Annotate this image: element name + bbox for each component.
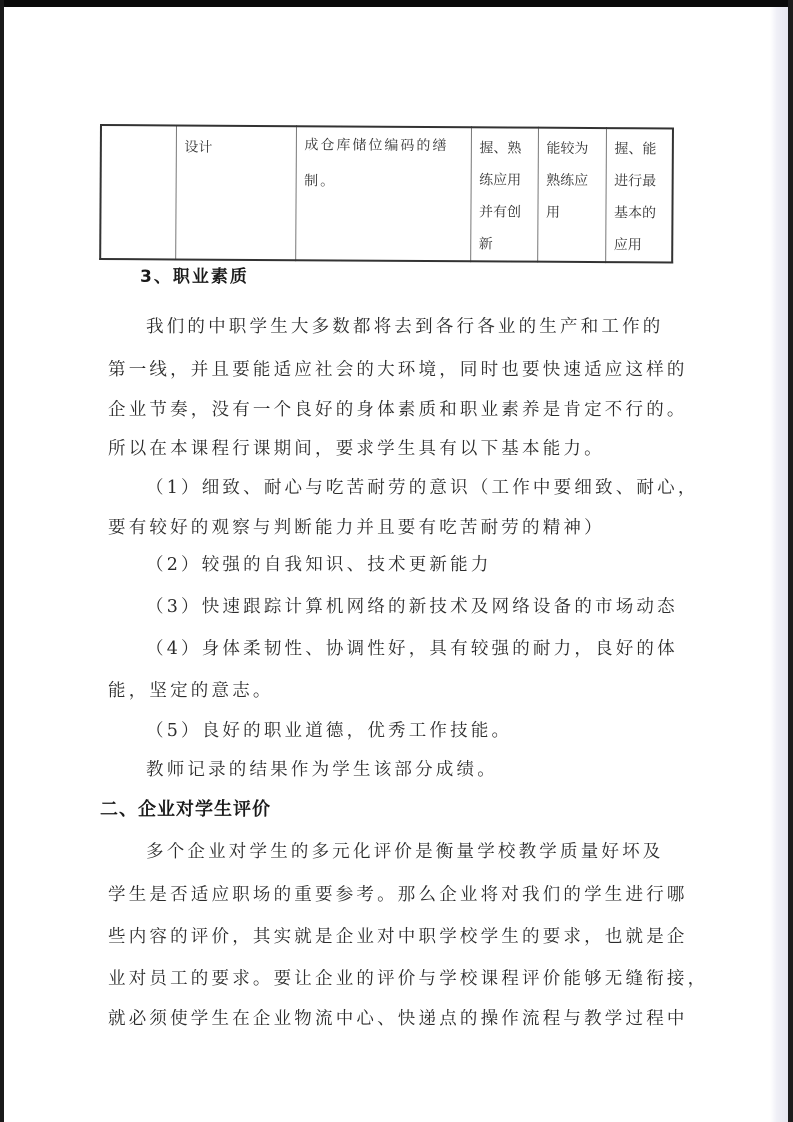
scan-border-top (0, 0, 793, 7)
section-heading-professional-quality: 3、职业素质 (140, 262, 249, 287)
list-item-2: （2）较强的自我知识、技术更新能力 (146, 551, 492, 576)
list-item-1-cont: 要有较好的观察与判断能力并且要有吃苦耐劳的精神） (108, 514, 605, 539)
paragraph-line: 第一线，并且要能适应社会的大环境，同时也要快速适应这样的 (108, 356, 688, 381)
closing-note: 教师记录的结果作为学生该部分成绩。 (146, 756, 498, 781)
list-item-4: （4）身体柔韧性、协调性好，具有较强的耐力，良好的体 (146, 635, 678, 660)
table-cell-pass: 握、能进行最基本的应用 (605, 128, 673, 262)
paragraph-line: 我们的中职学生大多数都将去到各行各业的生产和工作的 (146, 313, 664, 338)
table-row: 设计 成仓库储位编码的缮制。 握、熟练应用并有创新 能较为熟练应用 握、能进行最… (100, 125, 673, 262)
table-cell-category (100, 125, 176, 259)
scan-shadow-right (770, 7, 788, 1122)
table-cell-content: 成仓库储位编码的缮制。 (295, 126, 471, 261)
scan-border-left (0, 0, 4, 1122)
paragraph-line: 所以在本课程行课期间，要求学生具有以下基本能力。 (108, 435, 605, 460)
scan-border-right (788, 0, 793, 1122)
list-item-3: （3）快速跟踪计算机网络的新技术及网络设备的市场动态 (146, 593, 678, 618)
paragraph-line: 学生是否适应职场的重要参考。那么企业将对我们的学生进行哪 (108, 881, 688, 906)
paragraph-line: 多个企业对学生的多元化评价是衡量学校教学质量好坏及 (146, 838, 664, 863)
table-cell-excellent: 握、熟练应用并有创新 (470, 127, 538, 261)
paragraph-line: 企业节奏，没有一个良好的身体素质和职业素养是肯定不行的。 (108, 396, 688, 421)
section-heading-enterprise-evaluation: 二、企业对学生评价 (100, 795, 271, 821)
list-item-5: （5）良好的职业道德，优秀工作技能。 (146, 717, 512, 742)
list-item-1: （1）细致、耐心与吃苦耐劳的意识（工作中要细致、耐心， (146, 474, 699, 499)
paragraph-line: 就必须使学生在企业物流中心、快递点的操作流程与教学过程中 (108, 1005, 688, 1030)
paragraph-line: 业对员工的要求。要让企业的评价与学校课程评价能够无缝衔接， (108, 965, 708, 990)
evaluation-table-fragment: 设计 成仓库储位编码的缮制。 握、熟练应用并有创新 能较为熟练应用 握、能进行最… (99, 124, 674, 264)
paragraph-line: 些内容的评价，其实就是企业对中职学校学生的要求，也就是企 (108, 923, 688, 948)
table-cell-task: 设计 (175, 125, 296, 260)
table-cell-good: 能较为熟练应用 (537, 128, 606, 262)
list-item-4-cont: 能，坚定的意志。 (108, 677, 274, 702)
